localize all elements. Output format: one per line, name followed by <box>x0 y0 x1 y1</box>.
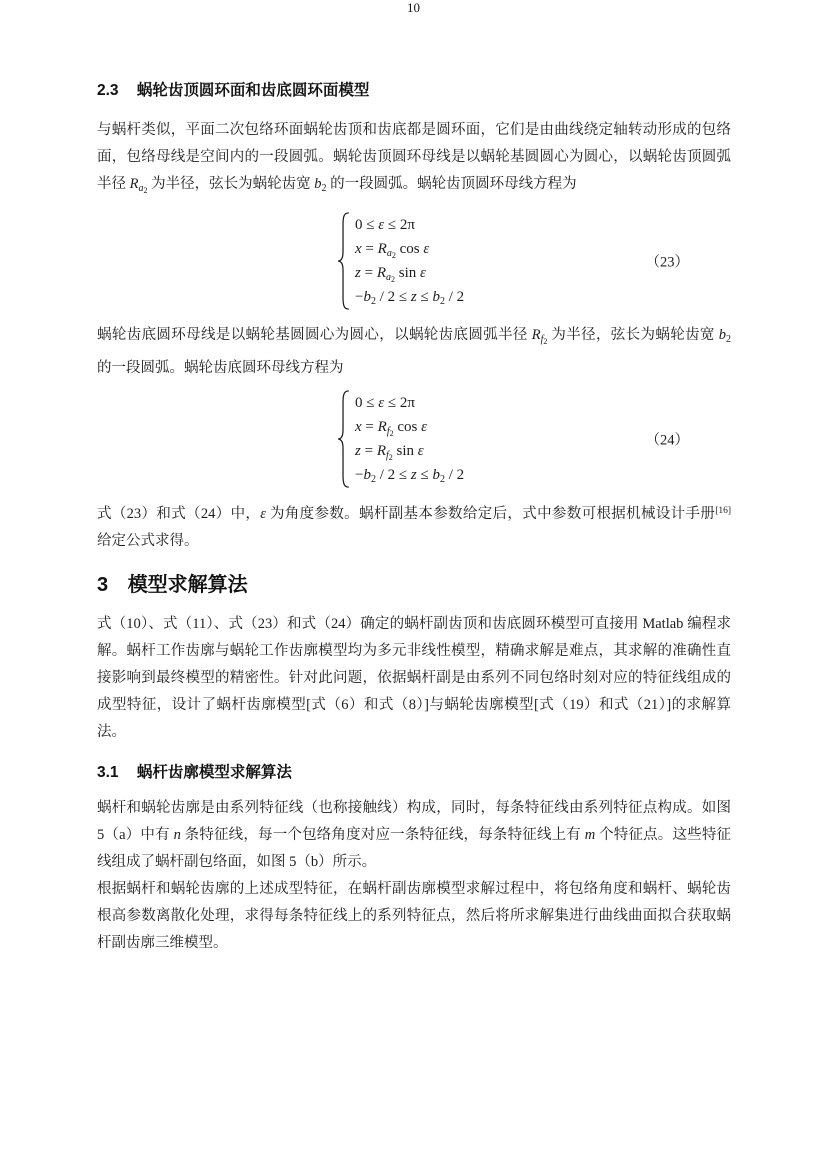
text-segment: sin <box>393 443 418 459</box>
text-segment: 条特征线，每一个包络角度对应一条特征线，每条特征线上有 <box>181 827 585 843</box>
section-title: 蜗轮齿顶圆环面和齿底圆环面模型 <box>137 82 370 99</box>
paragraph-torus-intro: 与蜗杆类似，平面二次包络环面蜗轮齿顶和齿底都是圆环面，它们是由曲线绕定轴转动形成… <box>97 117 731 204</box>
text-segment: 0 ≤ <box>355 395 378 411</box>
text-segment: 的一段圆弧。蜗轮齿底圆环母线方程为 <box>97 360 344 376</box>
math-segment: ε <box>423 241 429 257</box>
text-segment: / 2 <box>445 467 464 483</box>
math-segment: 2 <box>726 334 731 345</box>
text-segment: cos <box>394 419 422 435</box>
text-segment: / 2 ≤ <box>376 467 411 483</box>
text-segment: = <box>362 419 378 435</box>
math-segment: n <box>174 827 181 843</box>
text-segment: ≤ 2π <box>384 395 415 411</box>
math-segment: x <box>355 419 362 435</box>
document-page: 2.3 蜗轮齿顶圆环面和齿底圆环面模型 与蜗杆类似，平面二次包络环面蜗轮齿顶和齿… <box>0 0 827 1169</box>
text-segment: 为半径，弦长为蜗轮齿宽 <box>547 327 718 343</box>
paragraph-solver-intro: 式（10）、式（11）、式（23）和式（24）确定的蜗杆副齿顶和齿底圆环模型可直… <box>97 611 731 746</box>
text-segment: 式（10）、式（11）、式（23）和式（24）确定的蜗杆副齿顶和齿底圆环模型可直… <box>97 616 731 740</box>
left-curly-brace-icon <box>337 211 350 311</box>
equation-23-group: 0 ≤ ε ≤ 2π x = Ra2 cos ε z = Ra2 sin ε −… <box>337 211 464 311</box>
text-segment: ≤ 2π <box>384 217 415 233</box>
text-segment: 为半径，弦长为蜗轮齿宽 <box>147 176 314 192</box>
section-number: 3 <box>97 574 108 596</box>
equation-line: −b2 / 2 ≤ z ≤ b2 / 2 <box>355 285 464 309</box>
equation-number: （24） <box>646 429 690 450</box>
text-segment: ≤ <box>417 289 433 305</box>
equation-24-group: 0 ≤ ε ≤ 2π x = Rf2 cos ε z = Rf2 sin ε −… <box>337 389 464 489</box>
text-segment: 0 ≤ <box>355 217 378 233</box>
text-segment: 的一段圆弧。蜗轮齿顶圆环母线方程为 <box>326 176 576 192</box>
section-title: 模型求解算法 <box>128 574 248 596</box>
equation-24: 0 ≤ ε ≤ 2π x = Rf2 cos ε z = Rf2 sin ε −… <box>97 386 731 492</box>
text-segment: ≤ <box>417 467 433 483</box>
math-segment: ε <box>421 419 427 435</box>
text-segment: cos <box>396 241 424 257</box>
equation-23: 0 ≤ ε ≤ 2π x = Ra2 cos ε z = Ra2 sin ε −… <box>97 208 731 314</box>
text-segment: 给定公式求得。 <box>97 533 199 549</box>
equation-23-lines: 0 ≤ ε ≤ 2π x = Ra2 cos ε z = Ra2 sin ε −… <box>355 213 464 309</box>
section-heading-2-3: 2.3 蜗轮齿顶圆环面和齿底圆环面模型 <box>97 80 731 101</box>
equation-line: z = Rf2 sin ε <box>355 439 464 463</box>
math-segment: b <box>432 289 440 305</box>
section-number: 2.3 <box>97 82 119 99</box>
text-segment: = <box>361 443 377 459</box>
section-title: 蜗杆齿廓模型求解算法 <box>137 764 292 781</box>
math-segment: ε <box>420 265 426 281</box>
math-segment: R <box>377 443 386 459</box>
paragraph-discretization: 根据蜗杆和蜗轮齿廓的上述成型特征，在蜗杆副齿廓模型求解过程中，将包络角度和蜗杆、… <box>97 876 731 957</box>
equation-line: 0 ≤ ε ≤ 2π <box>355 213 464 237</box>
math-segment: b <box>719 327 726 343</box>
equation-line: x = Ra2 cos ε <box>355 237 464 261</box>
equation-24-lines: 0 ≤ ε ≤ 2π x = Rf2 cos ε z = Rf2 sin ε −… <box>355 391 464 487</box>
math-segment: [16] <box>715 506 731 516</box>
math-segment: R <box>378 419 387 435</box>
math-segment: R <box>378 241 387 257</box>
equation-line: −b2 / 2 ≤ z ≤ b2 / 2 <box>355 463 464 487</box>
equation-line: 0 ≤ ε ≤ 2π <box>355 391 464 415</box>
text-segment: = <box>362 241 378 257</box>
equation-number: （23） <box>646 251 690 272</box>
text-segment: / 2 <box>445 289 464 305</box>
text-segment: 根据蜗杆和蜗轮齿廓的上述成型特征，在蜗杆副齿廓模型求解过程中，将包络角度和蜗杆、… <box>97 881 731 951</box>
text-segment: sin <box>395 265 420 281</box>
text-segment: 式（23）和式（24）中， <box>97 506 260 522</box>
text-segment: = <box>361 265 377 281</box>
math-segment: x <box>355 241 362 257</box>
text-segment: 为角度参数。蜗杆副基本参数给定后，式中参数可根据机械设计手册 <box>266 506 715 522</box>
text-segment: 蜗轮齿底圆环母线是以蜗轮基圆圆心为圆心，以蜗轮齿底圆弧半径 <box>97 327 532 343</box>
math-segment: R <box>377 265 386 281</box>
section-number: 3.1 <box>97 764 119 781</box>
math-segment: R <box>532 327 541 343</box>
math-segment: b <box>363 289 371 305</box>
math-segment: ε <box>418 443 424 459</box>
paragraph-root-torus: 蜗轮齿底圆环母线是以蜗轮基圆圆心为圆心，以蜗轮齿底圆弧半径 Rf2 为半径，弦长… <box>97 322 731 382</box>
section-heading-3-1: 3.1 蜗杆齿廓模型求解算法 <box>97 762 731 783</box>
math-segment: b <box>432 467 440 483</box>
section-heading-3: 3 模型求解算法 <box>97 571 731 599</box>
left-curly-brace-icon <box>337 389 350 489</box>
math-segment: b <box>363 467 371 483</box>
math-segment: m <box>585 827 595 843</box>
paragraph-parameters-note: 式（23）和式（24）中，ε 为角度参数。蜗杆副基本参数给定后，式中参数可根据机… <box>97 498 731 555</box>
page-content: 2.3 蜗轮齿顶圆环面和齿底圆环面模型 与蜗杆类似，平面二次包络环面蜗轮齿顶和齿… <box>97 80 731 957</box>
text-segment: / 2 ≤ <box>376 289 411 305</box>
equation-line: z = Ra2 sin ε <box>355 261 464 285</box>
page-number: 10 <box>0 0 827 16</box>
paragraph-characteristic-lines: 蜗杆和蜗轮齿廓是由系列特征线（也称接触线）构成，同时，每条特征线由系列特征点构成… <box>97 795 731 876</box>
equation-line: x = Rf2 cos ε <box>355 415 464 439</box>
